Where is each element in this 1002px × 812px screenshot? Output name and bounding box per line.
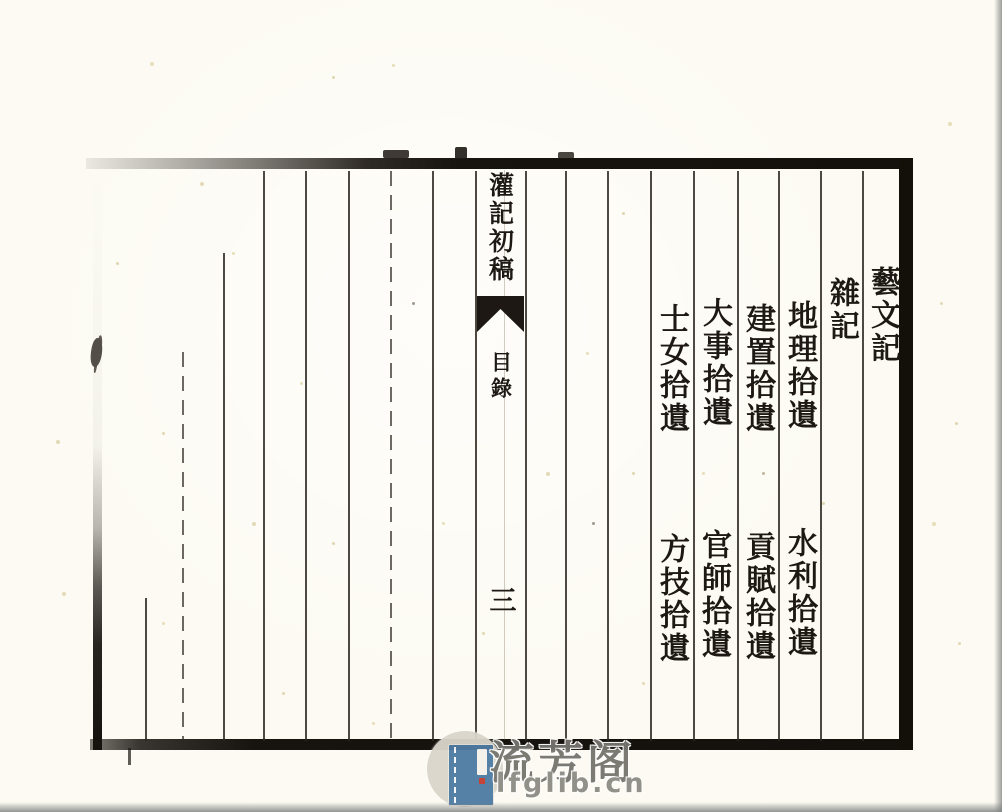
scan-edge-shadow-right xyxy=(994,0,1002,812)
paper-speck xyxy=(56,440,60,444)
paper-speck xyxy=(955,422,958,425)
paper-speck xyxy=(252,522,256,526)
paper-speck xyxy=(200,182,204,186)
frame-border-left xyxy=(93,166,102,750)
toc-entry-guanshi-shiyi: 官師拾遺 xyxy=(698,529,728,661)
toc-entry-dashi-shiyi: 大事拾遺 xyxy=(699,297,729,429)
paper-speck xyxy=(62,592,66,596)
toc-entry-zaji: 雜記 xyxy=(826,277,856,343)
toc-entry-shinv-shiyi: 士女拾遺 xyxy=(656,303,686,435)
book-title-label xyxy=(477,749,487,775)
scanned-book-page: 灌記初稿 目錄 三 藝文記 雜記 地理拾遺 建置拾遺 大事拾遺 士女拾遺 水利拾… xyxy=(0,0,1002,812)
column-rule xyxy=(650,171,652,741)
column-rule xyxy=(525,171,527,741)
paper-speck xyxy=(762,472,765,475)
paper-speck xyxy=(586,352,589,355)
column-rule xyxy=(475,171,477,741)
book-seal-icon xyxy=(479,778,485,784)
watermark-site-url: lfglib.cn xyxy=(496,768,647,799)
ink-mark xyxy=(558,152,574,159)
column-rule xyxy=(145,598,147,741)
ink-mark xyxy=(128,748,131,765)
ink-mark xyxy=(383,150,409,158)
column-rule xyxy=(305,171,307,741)
column-rule xyxy=(182,352,184,741)
scan-edge-shadow-bottom xyxy=(0,802,1002,812)
paper-speck xyxy=(442,522,445,525)
paper-speck xyxy=(932,522,936,526)
paper-speck xyxy=(392,64,395,67)
folio-number: 三 xyxy=(487,586,514,613)
toc-entry-shuili-shiyi: 水利拾遺 xyxy=(784,527,814,659)
paper-speck xyxy=(150,62,154,66)
column-rule xyxy=(223,253,225,741)
column-rule xyxy=(432,171,434,741)
paper-speck xyxy=(702,472,705,475)
column-rule xyxy=(737,171,739,741)
ink-mark xyxy=(455,147,467,159)
column-rule xyxy=(607,171,609,741)
column-rule xyxy=(820,171,822,741)
book-icon xyxy=(448,744,494,806)
paper-speck xyxy=(592,522,595,525)
frame-border-top xyxy=(86,158,913,169)
book-spine-stitching xyxy=(454,747,456,803)
column-rule xyxy=(263,171,265,741)
frame-border-right xyxy=(899,158,913,750)
paper-speck xyxy=(948,122,952,126)
paper-speck xyxy=(482,632,485,635)
column-rule xyxy=(348,171,350,741)
paper-speck xyxy=(822,502,825,505)
column-rule xyxy=(862,171,864,741)
toc-entry-dili-shiyi: 地理拾遺 xyxy=(784,300,814,432)
paper-speck xyxy=(232,252,235,255)
paper-speck xyxy=(412,302,415,305)
column-rule xyxy=(565,171,567,741)
paper-speck xyxy=(622,212,625,215)
section-label: 目錄 xyxy=(491,351,512,403)
paper-speck xyxy=(372,722,375,725)
toc-entry-gongfu-shiyi: 貢賦拾遺 xyxy=(742,531,772,663)
column-rule xyxy=(778,171,780,741)
paper-speck xyxy=(940,302,943,305)
paper-speck xyxy=(116,262,119,265)
paper-speck xyxy=(332,76,335,79)
paper-speck xyxy=(632,472,635,475)
paper-speck xyxy=(300,382,303,385)
toc-entry-fangji-shiyi: 方技拾遺 xyxy=(656,533,686,665)
column-rule xyxy=(390,171,392,741)
paper-speck xyxy=(958,642,961,645)
toc-entry-yiwenji: 藝文記 xyxy=(867,266,897,365)
book-title: 灌記初稿 xyxy=(488,172,513,284)
paper-speck xyxy=(282,692,285,695)
paper-speck xyxy=(162,432,165,435)
paper-speck xyxy=(546,472,550,476)
fishtail-icon xyxy=(477,296,524,333)
toc-entry-jianzhi-shiyi: 建置拾遺 xyxy=(742,303,772,435)
paper-speck xyxy=(162,622,165,625)
paper-speck xyxy=(642,682,645,685)
column-rule xyxy=(693,171,695,741)
paper-speck xyxy=(332,542,335,545)
watermark: 流芳阁 lfglib.cn xyxy=(425,724,675,809)
